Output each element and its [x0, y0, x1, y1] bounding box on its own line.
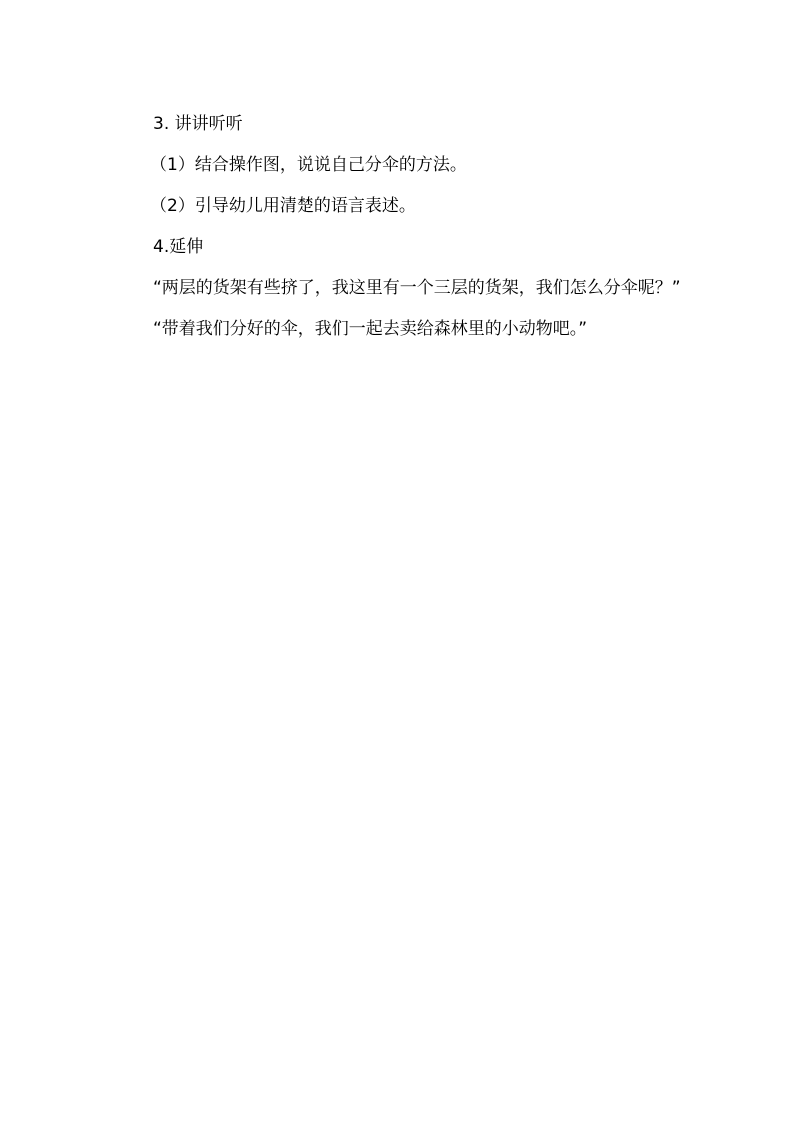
section-3-heading: 3. 讲讲听听 — [112, 104, 697, 145]
section-4-paragraph-1: “两层的货架有些挤了，我这里有一个三层的货架，我们怎么分伞呢？” — [112, 268, 697, 309]
section-3-item-2: （2）引导幼儿用清楚的语言表述。 — [112, 186, 697, 227]
section-3-item-1: （1）结合操作图，说说自己分伞的方法。 — [112, 145, 697, 186]
section-4-paragraph-2: “带着我们分好的伞，我们一起去卖给森林里的小动物吧。” — [112, 309, 697, 350]
document-page: 3. 讲讲听听 （1）结合操作图，说说自己分伞的方法。 （2）引导幼儿用清楚的语… — [112, 104, 697, 350]
section-4-heading: 4.延伸 — [112, 227, 697, 268]
